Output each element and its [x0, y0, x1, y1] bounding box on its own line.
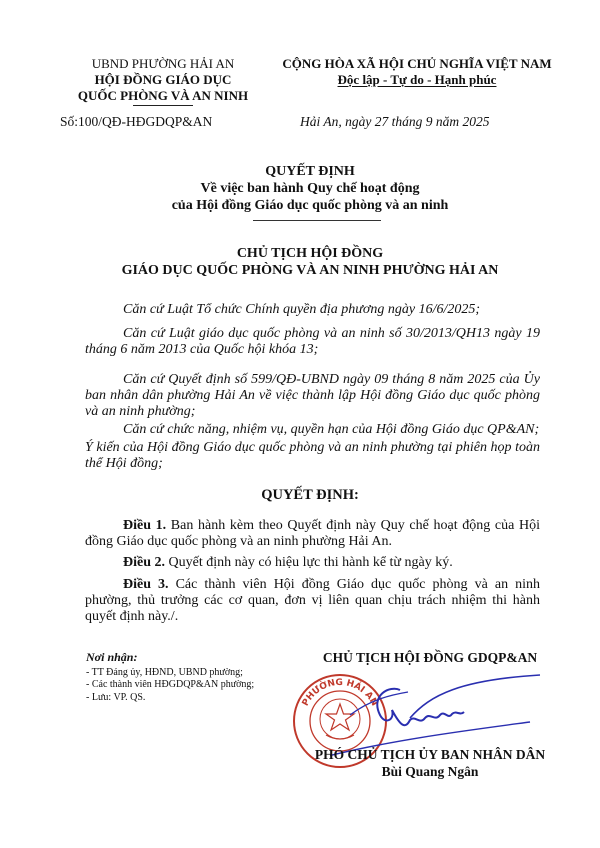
title-underline — [253, 220, 381, 221]
authority-line-1: CHỦ TỊCH HỘI ĐỒNG — [60, 245, 560, 262]
signatory-role: PHÓ CHỦ TỊCH ỦY BAN NHÂN DÂN — [300, 747, 560, 763]
recipient-item: - TT Đảng ủy, HĐND, UBND phường; — [86, 667, 306, 680]
document-number: Số:100/QĐ-HĐGDQP&AN — [60, 114, 212, 130]
authority-line-2: GIÁO DỤC QUỐC PHÒNG VÀ AN NINH PHƯỜNG HẢ… — [60, 262, 560, 279]
recipients-heading: Nơi nhận: — [86, 651, 306, 664]
preamble-item: Căn cứ Luật Tổ chức Chính quyền địa phươ… — [85, 302, 540, 318]
agency-line-1: UBND PHƯỜNG HẢI AN — [58, 56, 268, 72]
decision-heading: QUYẾT ĐỊNH: — [60, 487, 560, 504]
preamble-item: Căn cứ chức năng, nhiệm vụ, quyền hạn củ… — [85, 422, 540, 438]
article-1: Điều 1. Ban hành kèm theo Quyết định này… — [85, 518, 540, 550]
recipient-item: - Các thành viên HĐGDQP&AN phường; — [86, 679, 306, 692]
preamble-item: Căn cứ Quyết định số 599/QĐ-UBND ngày 09… — [85, 372, 540, 420]
country-name: CỘNG HÒA XÃ HỘI CHỦ NGHĨA VIỆT NAM — [272, 56, 562, 72]
agency-underline — [133, 105, 193, 106]
recipient-item: - Lưu: VP. QS. — [86, 692, 306, 705]
subject-line-2: của Hội đồng Giáo dục quốc phòng và an n… — [100, 197, 520, 214]
recipients-block: Nơi nhận: - TT Đảng ủy, HĐND, UBND phườn… — [86, 651, 306, 704]
signatory-title: CHỦ TỊCH HỘI ĐỒNG GDQP&AN — [300, 650, 560, 666]
subject-line-1: Về việc ban hành Quy chế hoạt động — [100, 180, 520, 197]
issuing-agency: UBND PHƯỜNG HẢI AN HỘI ĐỒNG GIÁO DỤC QUỐ… — [58, 56, 268, 106]
national-motto: Độc lập - Tự do - Hạnh phúc — [272, 72, 562, 88]
preamble-item: Căn cứ Luật giáo dục quốc phòng và an ni… — [85, 326, 540, 358]
place-date: Hải An, ngày 27 tháng 9 năm 2025 — [300, 114, 490, 130]
document-title: QUYẾT ĐỊNH Về việc ban hành Quy chế hoạt… — [100, 163, 520, 214]
agency-line-3: QUỐC PHÒNG VÀ AN NINH — [58, 88, 268, 104]
article-2: Điều 2. Quyết định này có hiệu lực thi h… — [85, 555, 540, 571]
national-header: CỘNG HÒA XÃ HỘI CHỦ NGHĨA VIỆT NAM Độc l… — [272, 56, 562, 88]
agency-line-2: HỘI ĐỒNG GIÁO DỤC — [58, 72, 268, 88]
signatory-name: Bùi Quang Ngân — [300, 764, 560, 780]
article-3: Điều 3. Các thành viên Hội đồng Giáo dục… — [85, 577, 540, 625]
issuing-authority: CHỦ TỊCH HỘI ĐỒNG GIÁO DỤC QUỐC PHÒNG VÀ… — [60, 245, 560, 279]
preamble-item: Ý kiến của Hội đồng Giáo dục quốc phòng … — [85, 440, 540, 472]
title-heading: QUYẾT ĐỊNH — [100, 163, 520, 180]
